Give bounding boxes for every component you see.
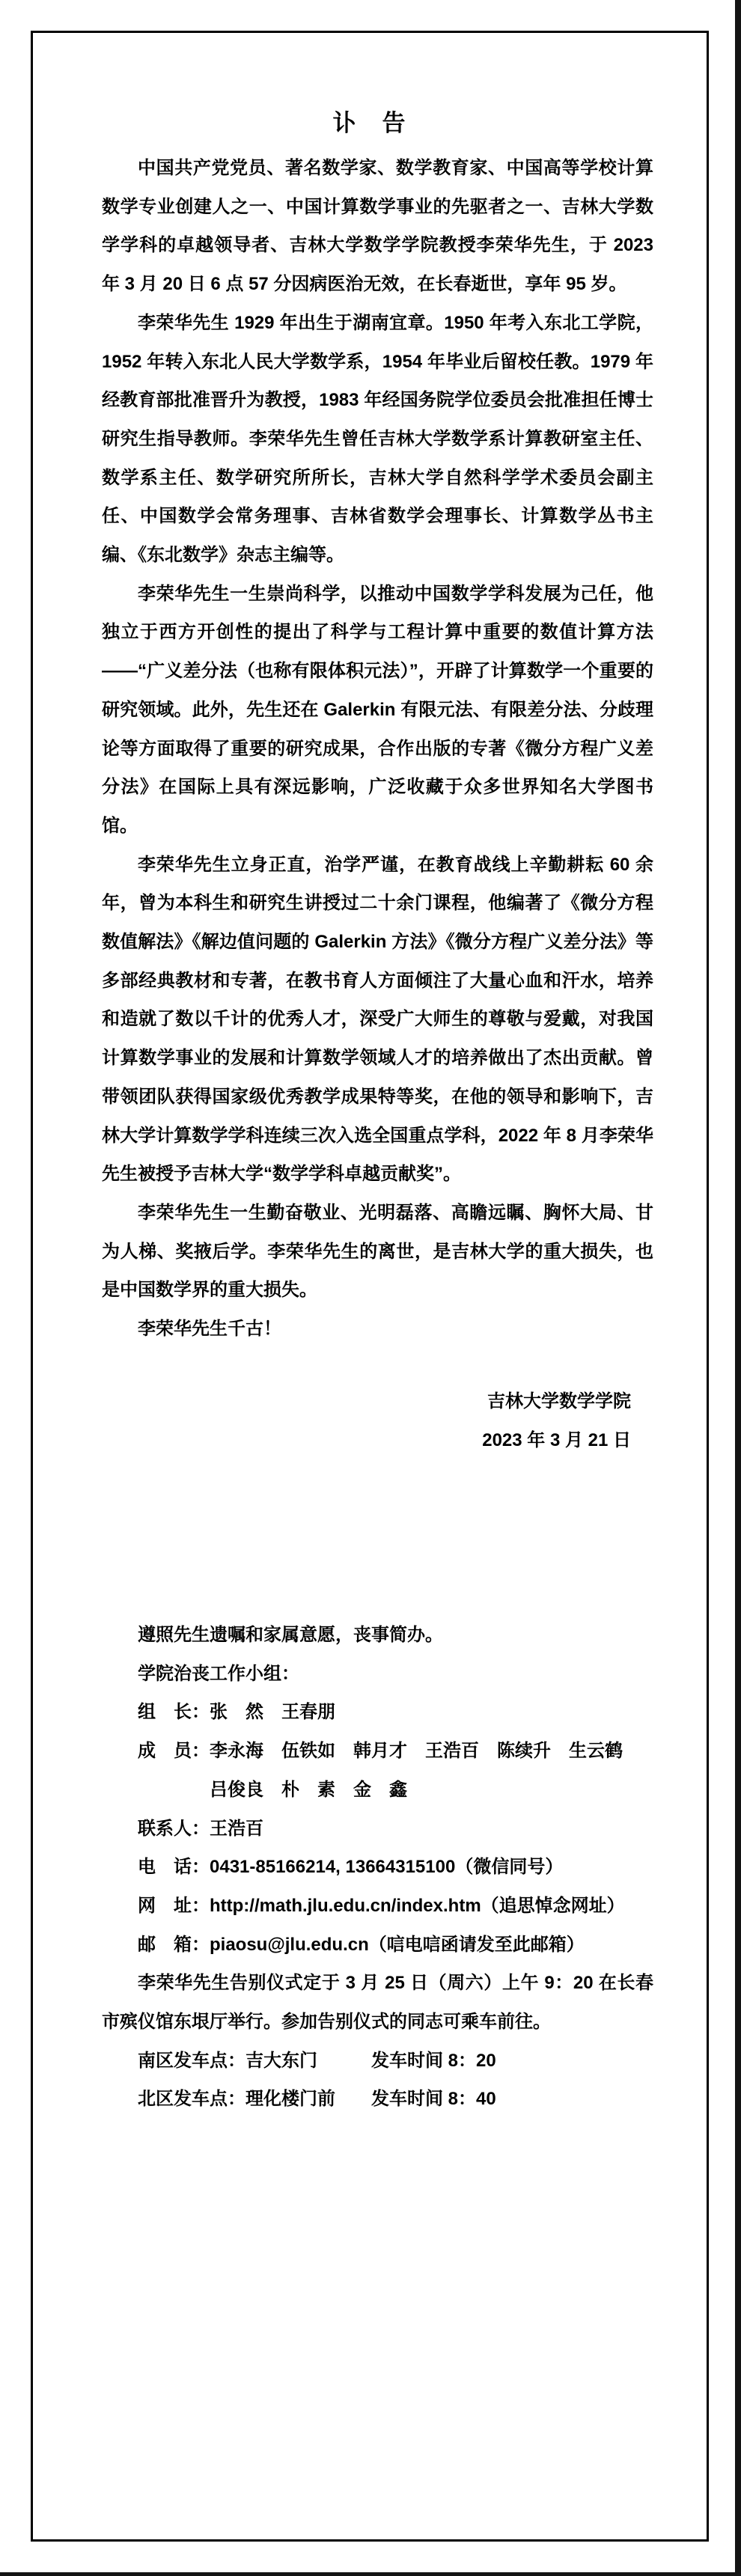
contact-name: 王浩百 <box>210 1819 263 1839</box>
screenshot-bottom-edge-strip <box>0 2572 741 2576</box>
group-members-names-2: 吕俊良 朴 素 金 鑫 <box>102 1771 653 1810</box>
contact-line: 联系人：王浩百 <box>102 1810 653 1849</box>
email-value: piaosu@jlu.edu.cn（唁电唁函请发至此邮箱） <box>210 1935 585 1955</box>
signature-date: 2023 年 3 月 21 日 <box>102 1421 631 1460</box>
signature-org: 吉林大学数学学院 <box>102 1382 631 1421</box>
phone-label: 电 话： <box>138 1857 210 1877</box>
work-group-heading: 学院治丧工作小组： <box>102 1655 653 1694</box>
group-leader-line: 组 长：张 然 王春朋 <box>102 1693 653 1732</box>
website-label: 网 址： <box>138 1896 210 1916</box>
signature-block: 吉林大学数学学院 2023 年 3 月 21 日 <box>102 1382 653 1459</box>
funeral-arrangements: 遵照先生遗嘱和家属意愿，丧事简办。 学院治丧工作小组： 组 长：张 然 王春朋 … <box>102 1616 653 2119</box>
website-value: http://math.jlu.edu.cn/index.htm（追思悼念网址） <box>210 1896 625 1916</box>
paragraph: 李荣华先生立身正直，治学严谨，在教育战线上辛勤耕耘 60 余年，曾为本科生和研究… <box>102 846 653 1194</box>
north-departure-line: 北区发车点：理化楼门前 发车时间 8：40 <box>102 2080 653 2119</box>
south-departure-line: 南区发车点：吉大东门 发车时间 8：20 <box>102 2042 653 2081</box>
screenshot-right-edge-strip <box>735 0 741 2576</box>
obituary-title: 讣 告 <box>33 104 707 138</box>
simple-funeral-note: 遵照先生遗嘱和家属意愿，丧事简办。 <box>102 1616 653 1655</box>
phone-value: 0431-85166214, 13664315100（微信同号） <box>210 1857 563 1877</box>
obituary-body: 中国共产党党员、著名数学家、数学教育家、中国高等学校计算数学专业创建人之一、中国… <box>102 149 653 1349</box>
paragraph: 中国共产党党员、著名数学家、数学教育家、中国高等学校计算数学专业创建人之一、中国… <box>102 149 653 304</box>
paragraph: 李荣华先生千古！ <box>102 1310 653 1349</box>
paragraph: 李荣华先生一生勤奋敬业、光明磊落、高瞻远瞩、胸怀大局、甘为人梯、奖掖后学。李荣华… <box>102 1194 653 1310</box>
email-line: 邮 箱：piaosu@jlu.edu.cn（唁电唁函请发至此邮箱） <box>102 1926 653 1965</box>
group-leader-names: 张 然 王春朋 <box>210 1702 335 1722</box>
website-line: 网 址：http://math.jlu.edu.cn/index.htm（追思悼… <box>102 1887 653 1926</box>
paragraph: 李荣华先生一生崇尚科学，以推动中国数学学科发展为己任，他独立于西方开创性的提出了… <box>102 575 653 846</box>
email-label: 邮 箱： <box>138 1935 210 1955</box>
group-members-line: 成 员：李永海 伍铁如 韩月才 王浩百 陈续升 生云鹤 <box>102 1732 653 1771</box>
paragraph: 李荣华先生 1929 年出生于湖南宜章。1950 年考入东北工学院，1952 年… <box>102 304 653 575</box>
contact-label: 联系人： <box>138 1819 210 1839</box>
phone-line: 电 话：0431-85166214, 13664315100（微信同号） <box>102 1848 653 1887</box>
obituary-page-frame: 讣 告 中国共产党党员、著名数学家、数学教育家、中国高等学校计算数学专业创建人之… <box>31 31 709 2542</box>
group-members-names-1: 李永海 伍铁如 韩月才 王浩百 陈续升 生云鹤 <box>210 1741 623 1761</box>
farewell-ceremony-notice: 李荣华先生告别仪式定于 3 月 25 日（周六）上午 9：20 在长春市殡仪馆东… <box>102 1964 653 2041</box>
group-leader-label: 组 长： <box>138 1702 210 1722</box>
group-members-label: 成 员： <box>138 1741 210 1761</box>
